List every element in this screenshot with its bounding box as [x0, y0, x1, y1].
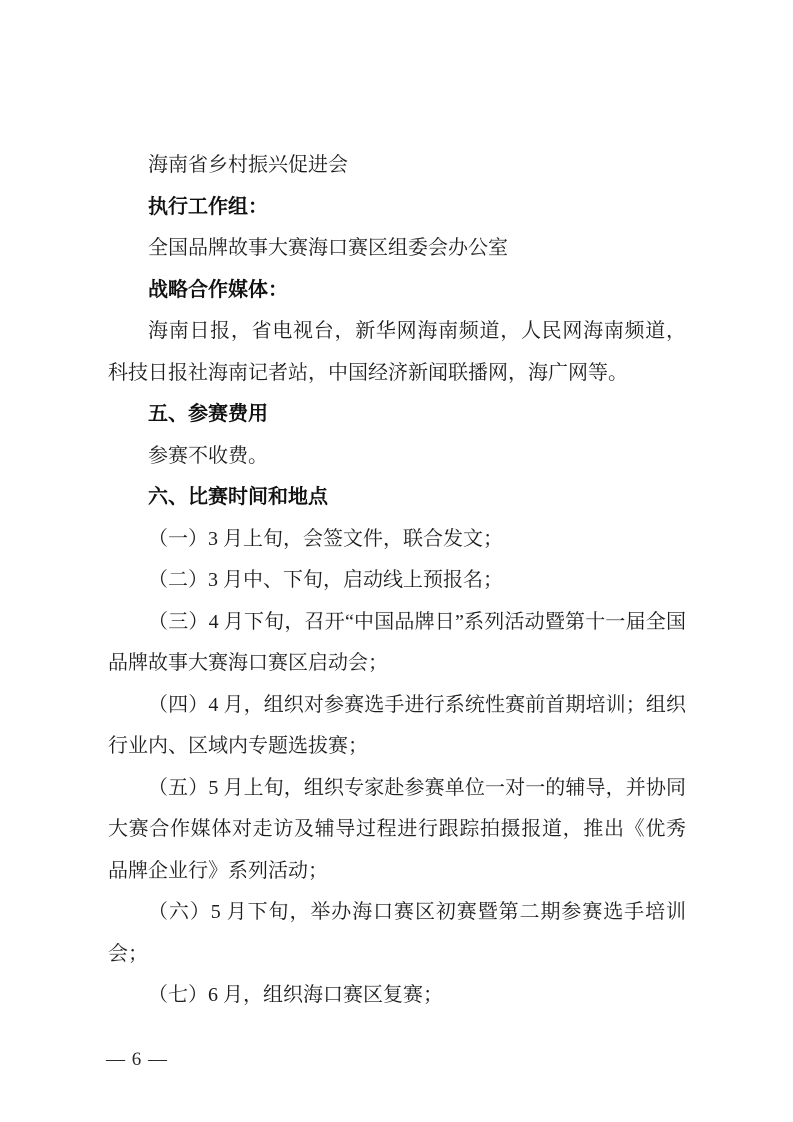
paragraph-no-entry-fee: 参赛不收费。	[108, 436, 686, 478]
schedule-item-2: （二）3 月中、下旬，启动线上预报名；	[108, 560, 686, 602]
schedule-item-4: （四）4 月，组织对参赛选手进行系统性赛前首期培训；组织行业内、区域内专题选拔赛…	[108, 685, 686, 768]
paragraph-executive-office: 全国品牌故事大赛海口赛区组委会办公室	[108, 228, 686, 270]
schedule-item-1: （一）3 月上旬，会签文件，联合发文；	[108, 519, 686, 561]
page-footer: — 6 —	[106, 1049, 168, 1071]
document-body: 海南省乡村振兴促进会 执行工作组： 全国品牌故事大赛海口赛区组委会办公室 战略合…	[108, 145, 686, 1017]
schedule-item-5: （五）5 月上旬，组织专家赴参赛单位一对一的辅导，并协同大赛合作媒体对走访及辅导…	[108, 768, 686, 893]
document-page: 海南省乡村振兴促进会 执行工作组： 全国品牌故事大赛海口赛区组委会办公室 战略合…	[0, 0, 793, 1122]
heading-executive-workgroup: 执行工作组：	[108, 187, 686, 229]
schedule-item-6: （六）5 月下旬，举办海口赛区初赛暨第二期参赛选手培训会；	[108, 892, 686, 975]
schedule-item-3: （三）4 月下旬，召开“中国品牌日”系列活动暨第十一届全国品牌故事大赛海口赛区启…	[108, 602, 686, 685]
paragraph-org-hainan-rural-revitalization: 海南省乡村振兴促进会	[108, 145, 686, 187]
heading-section6-schedule: 六、比赛时间和地点	[108, 477, 686, 519]
page-number: — 6 —	[106, 1049, 168, 1070]
heading-strategic-media: 战略合作媒体：	[108, 270, 686, 312]
heading-section5-entry-fee: 五、参赛费用	[108, 394, 686, 436]
schedule-item-7: （七）6 月，组织海口赛区复赛；	[108, 975, 686, 1017]
paragraph-media-list: 海南日报，省电视台，新华网海南频道，人民网海南频道，科技日报社海南记者站，中国经…	[108, 311, 686, 394]
